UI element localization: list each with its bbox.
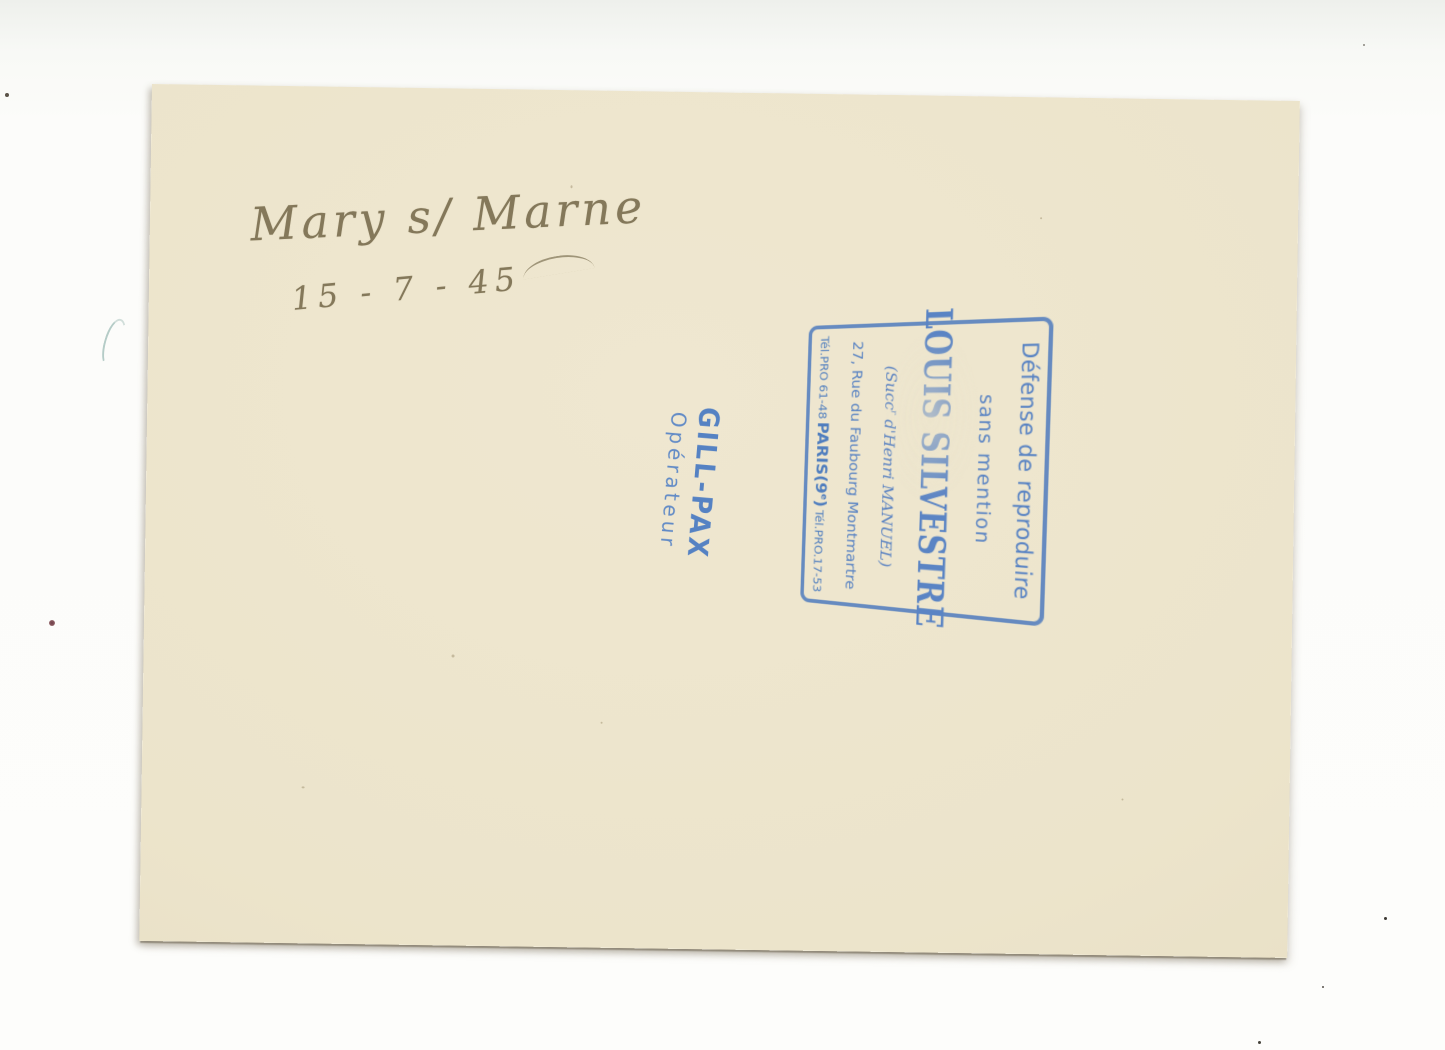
paper-sheet: Mary s/ Marne 15 - 7 - 45 GILL-PAX Opéra… <box>139 84 1300 958</box>
handwritten-date-text: 15 - 7 - 45 <box>290 259 523 318</box>
reproduction-notice-line2: sans mention <box>970 394 995 545</box>
paper-speck <box>1040 217 1042 219</box>
pencil-flourish <box>521 250 595 279</box>
paper-speck <box>302 786 305 788</box>
phone-right: Tél.PRO.17-53 <box>810 510 826 593</box>
phone-left: Tél.PRO 61-48 <box>815 336 831 419</box>
studio-stamp: Défense de reproduire sans mention LOUIS… <box>800 316 1054 626</box>
paper-speck <box>1121 798 1123 800</box>
red-ink-dot <box>49 620 55 626</box>
phone-city: PARIS(9e) <box>811 422 831 508</box>
backdrop-speck <box>1258 1041 1261 1044</box>
paper-speck <box>601 722 603 724</box>
green-fiber-mark <box>97 316 130 370</box>
phone-city-close: ) <box>811 499 829 507</box>
paper-speck <box>452 655 455 658</box>
address-line: 27, Rue du Faubourg Montmartre <box>842 341 865 590</box>
successor-line: (Succrd'Henri MANUEL) <box>876 365 898 567</box>
handwritten-caption: Mary s/ Marne <box>249 179 647 251</box>
backdrop-speck <box>1322 986 1324 988</box>
phone-city-text: PARIS(9 <box>811 422 831 494</box>
backdrop-speck <box>1363 44 1365 46</box>
handwritten-date: 15 - 7 - 45 <box>290 253 596 318</box>
phone-line: Tél.PRO 61-48PARIS(9e)Tél.PRO.17-53 <box>808 336 832 593</box>
successor-prefix: (Succ <box>881 365 900 410</box>
backdrop-speck <box>1384 917 1387 920</box>
backdrop-speck <box>5 93 9 97</box>
studio-name: LOUIS SILVESTRE <box>909 307 957 631</box>
photo-verso-scan: Mary s/ Marne 15 - 7 - 45 GILL-PAX Opéra… <box>0 0 1445 1050</box>
operator-stamp: GILL-PAX Opérateur <box>649 395 727 570</box>
successor-suffix: d'Henri MANUEL) <box>876 419 899 568</box>
successor-superscript: r <box>888 410 898 414</box>
reproduction-notice-line1: Défense de reproduire <box>1010 341 1042 601</box>
